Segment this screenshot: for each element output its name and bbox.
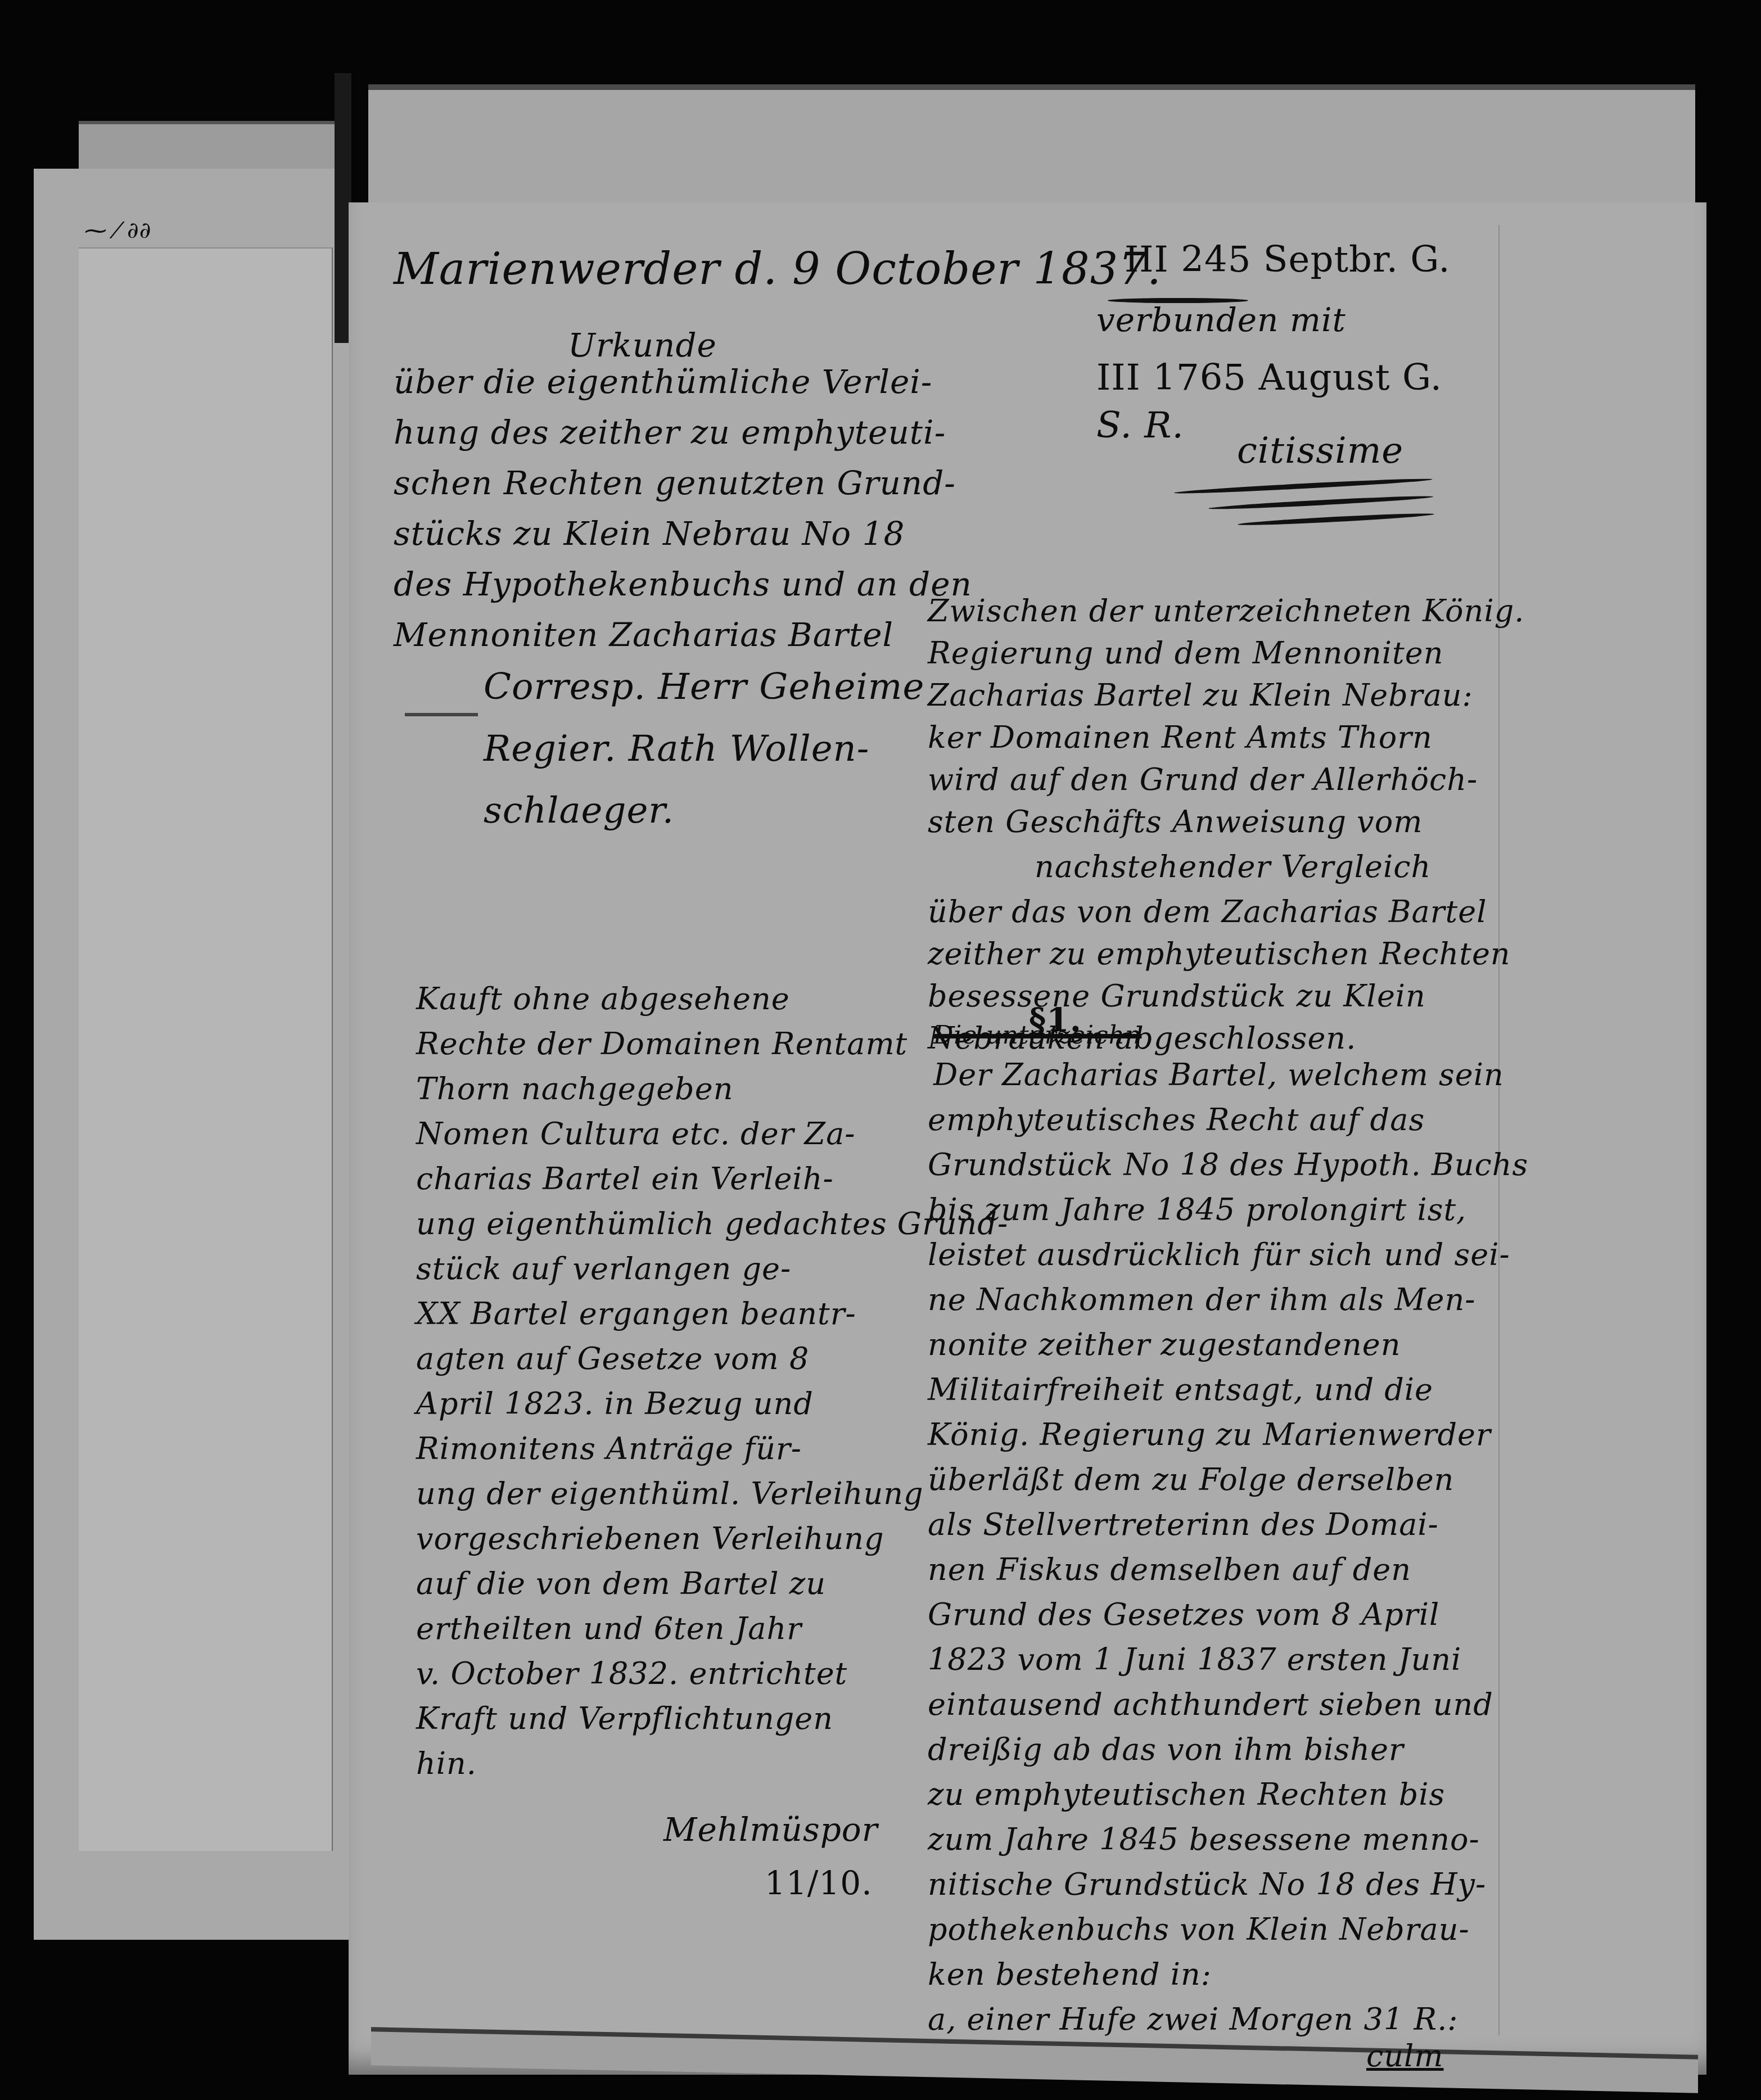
correspondent-line: Corresp. Herr Geheime [484, 669, 924, 705]
subject-line: hung des zeither zu emphyteuti- [394, 416, 946, 449]
section-line: nen Fiskus demselben auf den [928, 1555, 1411, 1585]
margin-note-line: charias Bartel ein Verleih- [416, 1164, 834, 1194]
intro-line: Zacharias Bartel zu Klein Nebrau: [928, 680, 1473, 711]
place-date: Marienwerder d. 9 October 1837. [394, 247, 1162, 291]
margin-note-line: ung der eigenthüml. Verleihung [416, 1479, 924, 1509]
margin-note-line: hin. [416, 1749, 477, 1779]
correspondent-line: schlaeger. [484, 793, 674, 829]
margin-note-line: vorgeschriebenen Verleihung [416, 1524, 884, 1554]
citissime-stamp: citissime [1237, 433, 1403, 469]
section-line: leistet ausdrücklich für sich und sei- [928, 1240, 1510, 1270]
margin-note-line: auf die von dem Bartel zu [416, 1569, 826, 1599]
intro-line: sten Geschäfts Anweisung vom [928, 807, 1423, 837]
section-line: nitische Grundstück No 18 des Hy- [928, 1869, 1486, 1900]
document-title: Urkunde [568, 329, 717, 362]
margin-note-line: v. October 1832. entrichtet [416, 1659, 847, 1689]
section-line: 1823 vom 1 Juni 1837 ersten Juni [928, 1645, 1461, 1675]
section-line: a, einer Hufe zwei Morgen 31 R.: [928, 2004, 1459, 2035]
reference-line: III 1765 August G. [1096, 360, 1442, 396]
intro-line: wird auf den Grund der Allerhöch- [928, 765, 1478, 795]
underlying-sheet-tab [79, 247, 333, 1851]
section-line: zum Jahre 1845 besessene menno- [928, 1824, 1480, 1855]
section-line: nonite zeither zugestandenen [928, 1330, 1401, 1360]
section-line: eintausend achthundert sieben und [928, 1690, 1493, 1720]
intro-line: Regierung und dem Mennoniten [928, 638, 1444, 669]
margin-note-line: Nomen Cultura etc. der Za- [416, 1119, 856, 1149]
reference-line: verbunden mit [1096, 304, 1346, 336]
intro-line: zeither zu emphyteutischen Rechten [928, 939, 1511, 969]
underlying-sheet-scrawl: ⁓ ⁄ ∂∂ [84, 219, 151, 242]
intro-line: nachstehender Vergleich [1035, 852, 1431, 882]
section-line: Militairfreiheit entsagt, und die [928, 1375, 1433, 1405]
intro-line: besessene Grundstück zu Klein [928, 981, 1426, 1011]
margin-pointer-mark [405, 713, 478, 716]
margin-note-line: Kauft ohne abgesehene [416, 984, 790, 1014]
reference-line: III 245 Septbr. G. [1125, 242, 1451, 278]
margin-note-line: ung eigenthümlich gedachtes Grund- [416, 1209, 1008, 1239]
margin-note-line: stück auf verlangen ge- [416, 1254, 791, 1284]
subject-line: Mennoniten Zacharias Bartel [394, 618, 893, 651]
section-line: Der Zacharias Bartel, welchem sein [933, 1060, 1504, 1090]
margin-note-signature-date: 11/10. [765, 1867, 873, 1899]
margin-note-signature: Mehlmüspor [663, 1813, 878, 1846]
section-line: ne Nachkommen der ihm als Men- [928, 1285, 1475, 1315]
reference-line: S. R. [1096, 408, 1184, 444]
intro-line: ker Domainen Rent Amts Thorn [928, 722, 1433, 753]
subject-line: über die eigenthümliche Verlei- [394, 365, 932, 398]
margin-note-line: Rechte der Domainen Rentamt [416, 1029, 907, 1059]
section-line: bis zum Jahre 1845 prolongirt ist, [928, 1195, 1466, 1225]
intro-line: Zwischen der unterzeichneten König. [928, 596, 1524, 626]
section-line: dreißig ab das von ihm bisher [928, 1735, 1404, 1765]
margin-note-line: Rimonitens Anträge für- [416, 1434, 802, 1464]
section-line: zu emphyteutischen Rechten bis [928, 1780, 1445, 1810]
section-line: culm [1366, 2041, 1444, 2071]
section-line: überläßt dem zu Folge derselben [928, 1465, 1454, 1495]
section-line: pothekenbuchs von Klein Nebrau- [928, 1914, 1470, 1945]
section-line: emphyteutisches Recht auf das [928, 1105, 1425, 1135]
section-line: als Stellvertreterinn des Domai- [928, 1510, 1439, 1540]
margin-note-line: ertheilten und 6ten Jahr [416, 1614, 802, 1644]
margin-note-line: April 1823. in Bezug und [416, 1389, 814, 1419]
subject-line: des Hypothekenbuchs und an den [394, 568, 972, 600]
section-line: König. Regierung zu Marienwerder [928, 1420, 1491, 1450]
struck-heading: Die unterzeichn [933, 1023, 1141, 1048]
section-line: ken bestehend in: [928, 1959, 1212, 1990]
margin-note-line: Thorn nachgegeben [416, 1074, 733, 1104]
intro-line: über das von dem Zacharias Bartel [928, 897, 1487, 927]
subject-line: stücks zu Klein Nebrau No 18 [394, 517, 905, 550]
margin-note-line: agten auf Gesetze vom 8 [416, 1344, 809, 1374]
correspondent-line: Regier. Rath Wollen- [484, 731, 869, 767]
page-fold-line [1498, 225, 1500, 2035]
section-line: Grund des Gesetzes vom 8 April [928, 1600, 1439, 1630]
section-line: Grundstück No 18 des Hypoth. Buchs [928, 1150, 1528, 1180]
margin-note-line: XX Bartel ergangen beantr- [416, 1299, 856, 1329]
subject-line: schen Rechten genutzten Grund- [394, 467, 956, 499]
margin-note-line: Kraft und Verpflichtungen [416, 1704, 833, 1734]
